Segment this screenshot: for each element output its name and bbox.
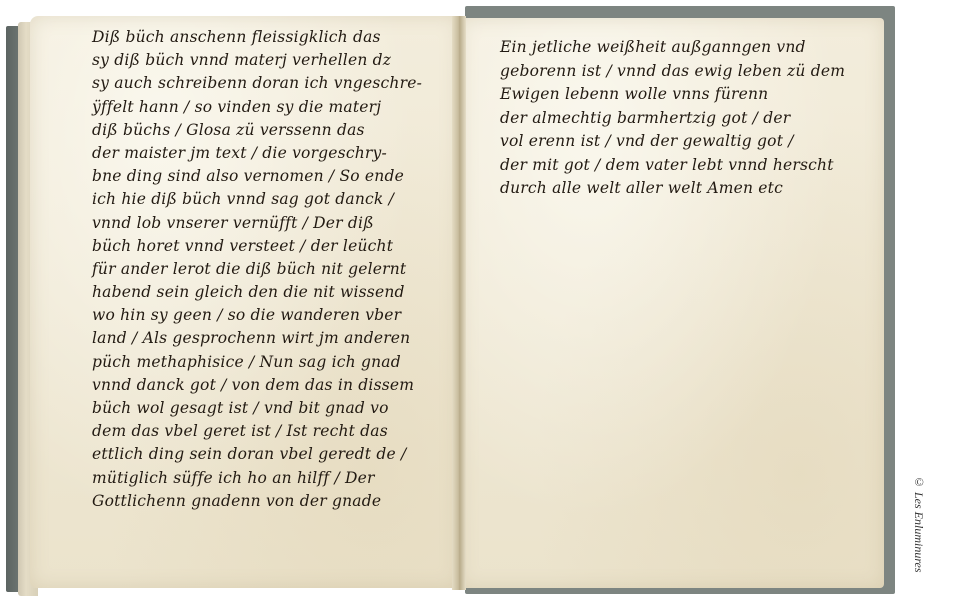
text-line: büch wol gesagt ist / vnd bit gnad vo — [92, 397, 442, 420]
left-page-text: Diß büch anschenn fleissigklich das sy d… — [92, 26, 442, 513]
text-line: dem das vbel geret ist / Ist recht das — [92, 420, 442, 443]
text-line: der mit got / dem vater lebt vnnd hersch… — [500, 154, 830, 178]
text-line: Ewigen lebenn wolle vnns fürenn — [500, 83, 830, 107]
text-line: der maister jm text / die vorgeschry- — [92, 142, 442, 165]
text-line: büch horet vnnd versteet / der leücht — [92, 235, 442, 258]
text-line: sy diß büch vnnd materj verhellen dz — [92, 49, 442, 72]
text-line: vnnd lob vnserer vernüfft / Der diß — [92, 212, 442, 235]
text-line: für ander lerot die diß büch nit gelernt — [92, 258, 442, 281]
text-line: diß büchs / Glosa zü verssenn das — [92, 119, 442, 142]
text-line: püch methaphisice / Nun sag ich gnad — [92, 351, 442, 374]
text-line: der almechtig barmhertzig got / der — [500, 107, 830, 131]
text-line: Diß büch anschenn fleissigklich das — [92, 26, 442, 49]
text-line: vol erenn ist / vnd der gewaltig got / — [500, 130, 830, 154]
text-line: wo hin sy geen / so die wanderen vber — [92, 304, 442, 327]
text-line: habend sein gleich den die nit wissend — [92, 281, 442, 304]
text-line: ÿffelt hann / so vinden sy die materj — [92, 96, 442, 119]
text-line: vnnd danck got / von dem das in dissem — [92, 374, 442, 397]
text-line: Ein jetliche weißheit außganngen vnd — [500, 36, 830, 60]
right-page-text: Ein jetliche weißheit außganngen vnd geb… — [500, 36, 830, 201]
text-line: durch alle welt aller welt Amen etc — [500, 177, 830, 201]
text-line: land / Als gesprochenn wirt jm anderen — [92, 327, 442, 350]
text-line: Gottlichenn gnadenn von der gnade — [92, 490, 442, 513]
text-line: geborenn ist / vnnd das ewig leben zü de… — [500, 60, 830, 84]
copyright-credit: © Les Enluminures — [906, 475, 926, 595]
text-line: mütiglich süffe ich ho an hilff / Der — [92, 467, 442, 490]
book-gutter — [452, 16, 466, 590]
text-line: ich hie diß büch vnnd sag got danck / — [92, 188, 442, 211]
text-line: sy auch schreibenn doran ich vngeschre- — [92, 72, 442, 95]
text-line: bne ding sind also vernomen / So ende — [92, 165, 442, 188]
text-line: ettlich ding sein doran vbel geredt de / — [92, 443, 442, 466]
manuscript-photo: Diß büch anschenn fleissigklich das sy d… — [0, 0, 963, 600]
